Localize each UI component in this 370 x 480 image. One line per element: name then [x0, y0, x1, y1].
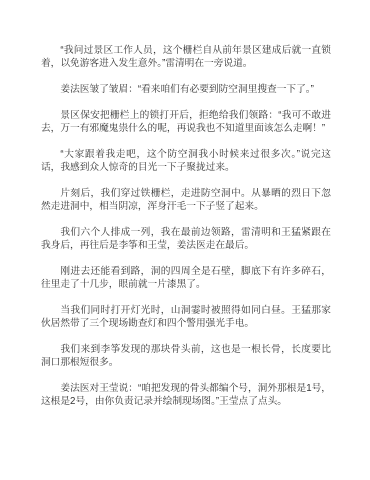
paragraph: 景区保安把栅栏上的锁打开后，拒绝给我们领路：“我可不敢进去，万一有邪魔鬼祟什么的… [41, 109, 331, 135]
paragraph: 姜法医皱了皱眉：“看来咱们有必要到防空洞里搜查一下了。” [41, 83, 331, 96]
paragraph: 当我们同时打开灯光时，山洞霎时被照得如同白昼。王猛那家伙居然带了三个现场勘查灯和… [41, 304, 331, 330]
paragraph: “我问过景区工作人员，这个栅栏自从前年景区建成后就一直锁着，以免游客进入发生意外… [41, 44, 331, 70]
paragraph: 片刻后，我们穿过铁栅栏，走进防空洞中。从暴晒的烈日下忽然走进洞中，相当阴凉，浑身… [41, 187, 331, 213]
paragraph: “大家跟着我走吧，这个防空洞我小时候来过很多次。”说完这话，我感到众人惊奇的目光… [41, 148, 331, 174]
paragraph: 姜法医对王莹说：“咱把发现的骨头都编个号，洞外那根是1号，这根是2号，由你负责记… [41, 382, 331, 408]
paragraph: 我们六个人排成一列，我在最前边领路，雷清明和王猛紧跟在我身后，再往后是李筝和王莹… [41, 226, 331, 252]
paragraph: 刚进去还能看到路，洞的四周全是石壁，脚底下有许多碎石，往里走了十几步，眼前就一片… [41, 265, 331, 291]
ebook-text-page: “我问过景区工作人员，这个栅栏自从前年景区建成后就一直锁着，以免游客进入发生意外… [0, 0, 370, 480]
paragraph: 我们来到李筝发现的那块骨头前，这也是一根长骨，长度要比洞口那根短很多。 [41, 343, 331, 369]
